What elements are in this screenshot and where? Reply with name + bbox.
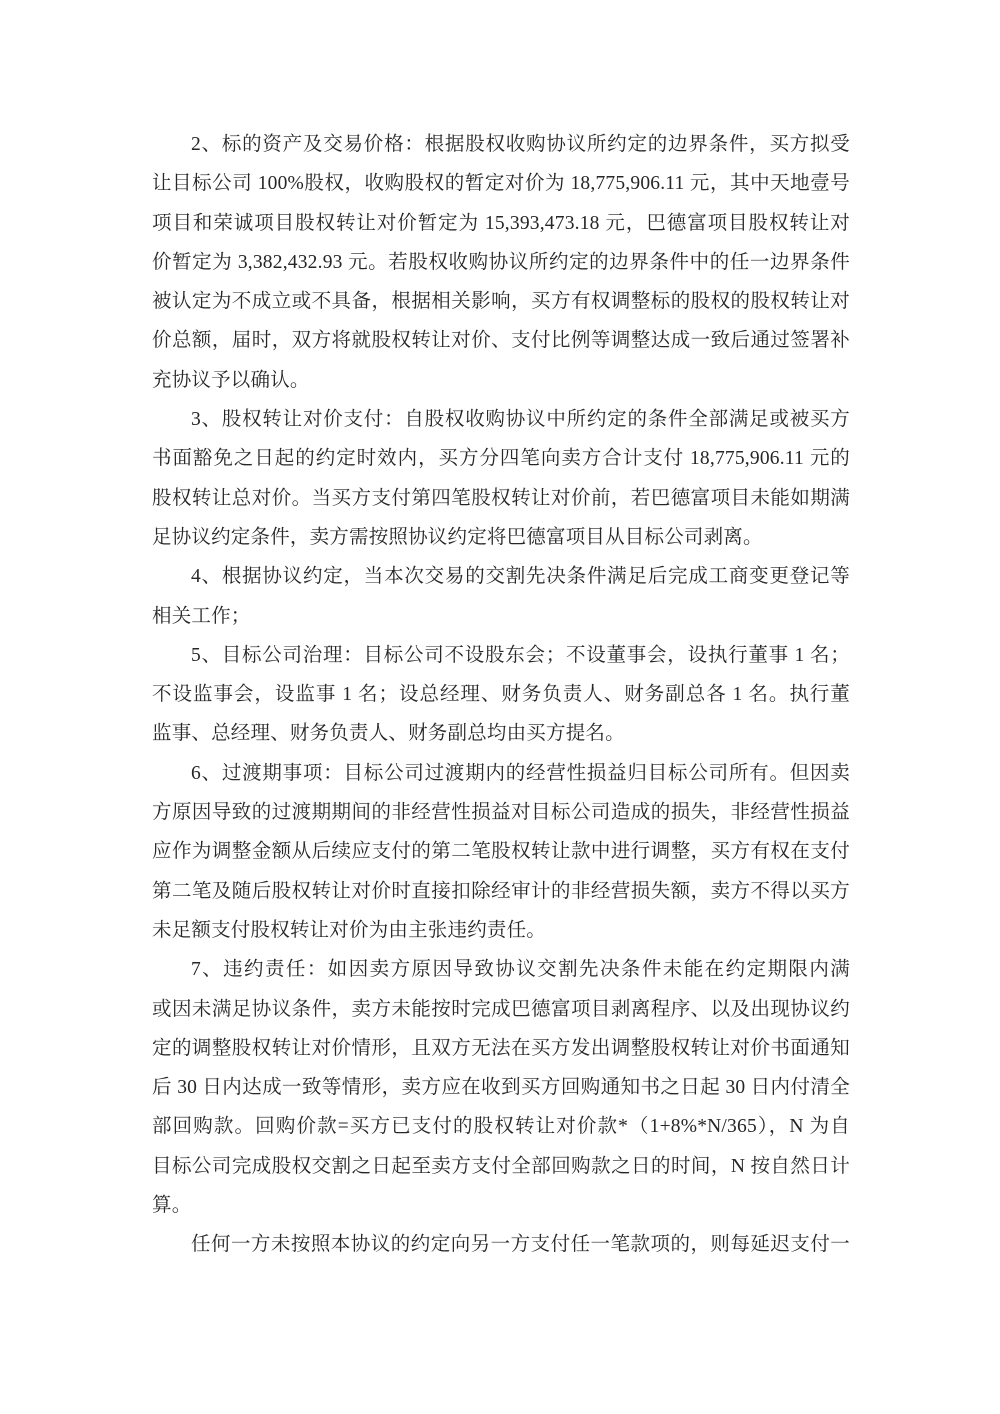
text-line: 充协议予以确认。 [152, 361, 850, 400]
text-line: 定的调整股权转让对价情形，且双方无法在买方发出调整股权转让对价书面通知 [152, 1029, 850, 1068]
text-line: 后 30 日内达成一致等情形，卖方应在收到买方回购通知书之日起 30 日内付清全 [152, 1068, 850, 1107]
paragraph: 任何一方未按照本协议的约定向另一方支付任一笔款项的，则每延迟支付一 [152, 1225, 850, 1264]
text-line: 不设监事会，设监事 1 名；设总经理、财务负责人、财务副总各 1 名。执行董事、 [152, 675, 850, 714]
text-line: 或因未满足协议条件，卖方未能按时完成巴德富项目剥离程序、以及出现协议约 [152, 990, 850, 1029]
paragraph: 5、目标公司治理：目标公司不设股东会；不设董事会，设执行董事 1 名；不设监事会… [152, 636, 850, 754]
paragraph: 2、标的资产及交易价格：根据股权收购协议所约定的边界条件，买方拟受让目标公司 1… [152, 125, 850, 400]
text-line: 未足额支付股权转让对价为由主张违约责任。 [152, 911, 850, 950]
text-line: 项目和荣诚项目股权转让对价暂定为 15,393,473.18 元，巴德富项目股权… [152, 204, 850, 243]
paragraph: 3、股权转让对价支付：自股权收购协议中所约定的条件全部满足或被买方书面豁免之日起… [152, 400, 850, 557]
text-line: 被认定为不成立或不具备，根据相关影响，买方有权调整标的股权的股权转让对 [152, 282, 850, 321]
text-line: 书面豁免之日起的约定时效内，买方分四笔向卖方合计支付 18,775,906.11… [152, 439, 850, 478]
text-line: 2、标的资产及交易价格：根据股权收购协议所约定的边界条件，买方拟受 [152, 125, 850, 164]
text-line: 让目标公司 100%股权，收购股权的暂定对价为 18,775,906.11 元，… [152, 164, 850, 203]
text-line: 价暂定为 3,382,432.93 元。若股权收购协议所约定的边界条件中的任一边… [152, 243, 850, 282]
text-line: 目标公司完成股权交割之日起至卖方支付全部回购款之日的时间，N 按自然日计 [152, 1147, 850, 1186]
text-line: 4、根据协议约定，当本次交易的交割先决条件满足后完成工商变更登记等 [152, 557, 850, 596]
text-line: 股权转让总对价。当买方支付第四笔股权转让对价前，若巴德富项目未能如期满 [152, 479, 850, 518]
document-page: 2、标的资产及交易价格：根据股权收购协议所约定的边界条件，买方拟受让目标公司 1… [0, 0, 1000, 1414]
text-line: 应作为调整金额从后续应支付的第二笔股权转让款中进行调整，买方有权在支付 [152, 832, 850, 871]
text-line: 算。 [152, 1186, 850, 1225]
text-line: 部回购款。回购价款=买方已支付的股权转让对价款*（1+8%*N/365），N 为… [152, 1107, 850, 1146]
text-line: 7、违约责任：如因卖方原因导致协议交割先决条件未能在约定期限内满足、 [152, 950, 850, 989]
text-line: 相关工作； [152, 597, 850, 636]
text-line: 第二笔及随后股权转让对价时直接扣除经审计的非经营损失额，卖方不得以买方 [152, 872, 850, 911]
text-line: 足协议约定条件，卖方需按照协议约定将巴德富项目从目标公司剥离。 [152, 518, 850, 557]
paragraph: 4、根据协议约定，当本次交易的交割先决条件满足后完成工商变更登记等相关工作； [152, 557, 850, 636]
paragraph: 6、过渡期事项：目标公司过渡期内的经营性损益归目标公司所有。但因卖方原因导致的过… [152, 754, 850, 950]
document-body: 2、标的资产及交易价格：根据股权收购协议所约定的边界条件，买方拟受让目标公司 1… [152, 125, 850, 1265]
text-line: 6、过渡期事项：目标公司过渡期内的经营性损益归目标公司所有。但因卖 [152, 754, 850, 793]
text-line: 5、目标公司治理：目标公司不设股东会；不设董事会，设执行董事 1 名； [152, 636, 850, 675]
text-line: 监事、总经理、财务负责人、财务副总均由买方提名。 [152, 714, 850, 753]
text-line: 任何一方未按照本协议的约定向另一方支付任一笔款项的，则每延迟支付一 [152, 1225, 850, 1264]
text-line: 价总额，届时，双方将就股权转让对价、支付比例等调整达成一致后通过签署补 [152, 321, 850, 360]
paragraph: 7、违约责任：如因卖方原因导致协议交割先决条件未能在约定期限内满足、或因未满足协… [152, 950, 850, 1225]
text-line: 3、股权转让对价支付：自股权收购协议中所约定的条件全部满足或被买方 [152, 400, 850, 439]
text-line: 方原因导致的过渡期期间的非经营性损益对目标公司造成的损失，非经营性损益 [152, 793, 850, 832]
